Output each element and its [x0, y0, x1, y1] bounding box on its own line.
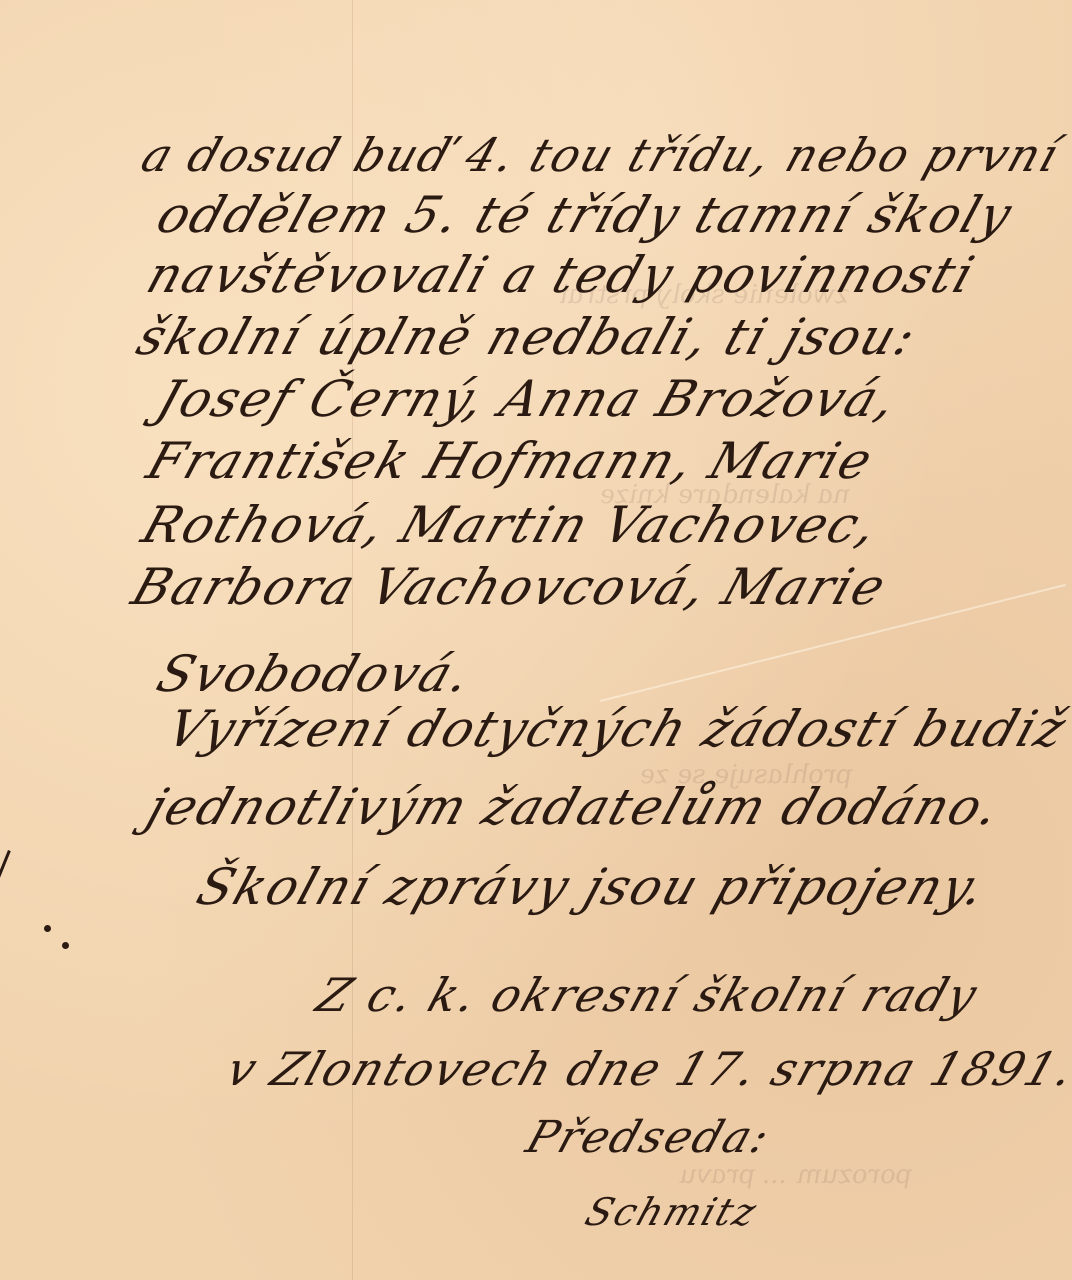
text-line-4: školní úplně nedbali, ti jsou:: [130, 308, 925, 366]
signature: Schmitz: [580, 1190, 764, 1234]
text-line-3: navštěvovali a tedy povinnosti: [140, 246, 983, 304]
text-line-2: oddělem 5. té třídy tamní školy: [150, 186, 1020, 244]
text-line-9: Svobodová.: [150, 645, 480, 703]
text-line-6: František Hofmann, Marie: [140, 432, 881, 490]
margin-mark-slash: [0, 850, 11, 1018]
bleed-through-text: porozum ... pravu: [675, 1160, 919, 1190]
margin-mark-dot: [62, 942, 69, 949]
margin-mark-dot: [44, 925, 51, 932]
document-page: zwolenie skoly prstrai na kalendare kniz…: [0, 0, 1072, 1280]
text-line-13: Z c. k. okresní školní rady: [310, 968, 985, 1022]
text-line-1: a dosud buď 4. tou třídu, nebo první: [135, 128, 1067, 182]
text-line-12: Školní zprávy jsou připojeny.: [190, 858, 994, 916]
text-line-5: Josef Černý, Anna Brožová,: [150, 370, 905, 428]
text-line-10: Vyřízení dotyčných žádostí budiž: [160, 700, 1072, 758]
text-line-7: Rothová, Martin Vachovec,: [135, 496, 886, 554]
date-line: v Zlontovech dne 17. srpna 1891.: [220, 1042, 1072, 1096]
signature-title: Předseda:: [520, 1112, 777, 1163]
text-line-11: jednotlivým žadatelům dodáno.: [140, 778, 1009, 836]
text-line-8: Barbora Vachovcová, Marie: [125, 558, 894, 616]
